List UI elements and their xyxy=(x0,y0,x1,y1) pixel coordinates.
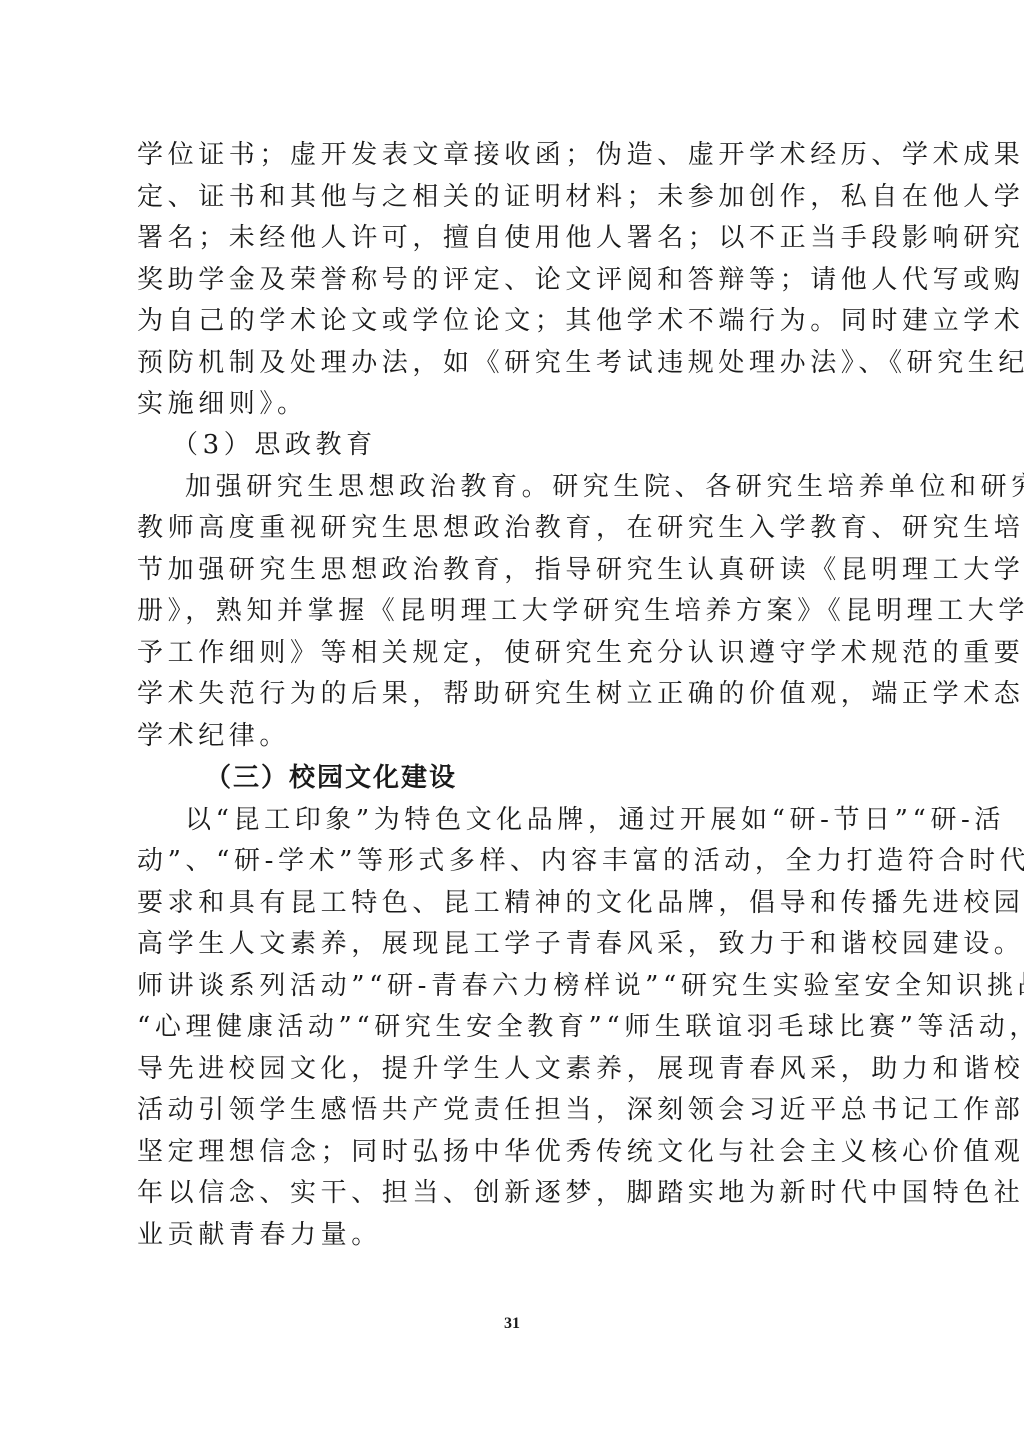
section-heading: （三）校园文化建设 xyxy=(205,762,975,794)
subsection-heading: （3）思政教育 xyxy=(172,429,942,461)
body-text-line: 要求和具有昆工特色、昆工精神的文化品牌，倡导和传播先进校园文化，提 xyxy=(137,887,907,919)
body-text-line: 坚定理想信念；同时弘扬中华优秀传统文化与社会主义核心价值观，激励青 xyxy=(137,1136,907,1168)
paragraph-first-line: 加强研究生思想政治教育。研究生院、各研究生培养单位和研究生指导 xyxy=(185,471,907,503)
body-text-line: 定、证书和其他与之相关的证明材料；未参加创作，私自在他人学术成果上 xyxy=(137,181,907,213)
body-text-line: 册》，熟知并掌握《昆明理工大学研究生培养方案》《昆明理工大学学位授 xyxy=(137,595,907,627)
body-text-line: 业贡献青春力量。 xyxy=(137,1219,907,1251)
body-text-line: 导先进校园文化，提升学生人文素养，展现青春风采，助力和谐校园建设。 xyxy=(137,1053,907,1085)
page-number: 31 xyxy=(0,1315,1024,1333)
body-text-line: 预防机制及处理办法，如《研究生考试违规处理办法》、《研究生纪律处分 xyxy=(137,347,907,379)
body-text-line: 学位证书；虚开发表文章接收函；伪造、虚开学术经历、学术成果、专家鉴 xyxy=(137,139,907,171)
body-text-line: 学术纪律。 xyxy=(137,720,907,752)
body-text-line: 奖助学金及荣誉称号的评定、论文评阅和答辩等；请他人代写或购买论文作 xyxy=(137,264,907,296)
body-text-line: 高学生人文素养，展现昆工学子青春风采，致力于和谐校园建设。通过“导 xyxy=(137,928,907,960)
body-text-line: 师讲谈系列活动”“研-青春六力榜样说”“研究生实验室安全知识挑战赛” xyxy=(137,970,907,1002)
body-text-line: 动”、“研-学术”等形式多样、内容丰富的活动，全力打造符合时代发展 xyxy=(137,845,907,877)
body-text-line: 年以信念、实干、担当、创新逐梦，脚踏实地为新时代中国特色社会主义事 xyxy=(137,1177,907,1209)
body-text-line: 教师高度重视研究生思想政治教育，在研究生入学教育、研究生培养各个环 xyxy=(137,512,907,544)
body-text-line: “心理健康活动”“研究生安全教育”“师生联谊羽毛球比赛”等活动，倡 xyxy=(137,1011,907,1043)
body-text-line: 予工作细则》等相关规定，使研究生充分认识遵守学术规范的重要性，明确 xyxy=(137,637,907,669)
body-text-line: 节加强研究生思想政治教育，指导研究生认真研读《昆明理工大学研究生手 xyxy=(137,554,907,586)
paragraph-first-line: 以“昆工印象”为特色文化品牌，通过开展如“研-节日”“研-活 xyxy=(185,804,907,836)
body-text-line: 实施细则》。 xyxy=(137,388,907,420)
body-text-line: 活动引领学生感悟共产党责任担当，深刻领会习近平总书记工作部署要求， xyxy=(137,1094,907,1126)
body-text-line: 为自己的学术论文或学位论文；其他学术不端行为。同时建立学术不端行为 xyxy=(137,305,907,337)
body-text-line: 署名；未经他人许可，擅自使用他人署名；以不正当手段影响研究成果鉴定、 xyxy=(137,222,907,254)
document-page: 学位证书；虚开发表文章接收函；伪造、虚开学术经历、学术成果、专家鉴 定、证书和其… xyxy=(0,0,1024,1447)
body-text-line: 学术失范行为的后果，帮助研究生树立正确的价值观，端正学术态度，严明 xyxy=(137,678,907,710)
